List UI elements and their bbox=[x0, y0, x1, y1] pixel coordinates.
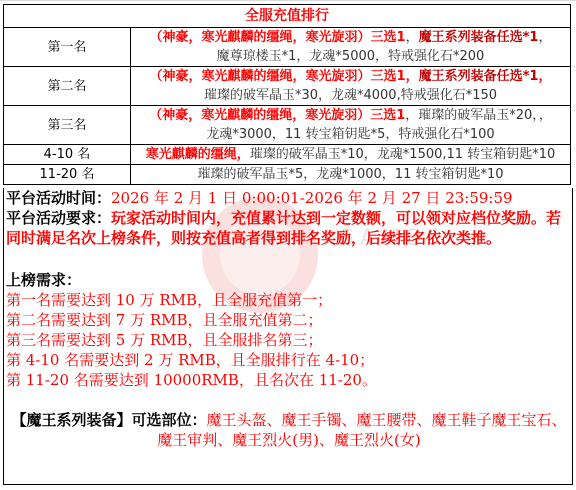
reward-segment: （神豪，寒光麒麟的缰绳，寒光旋羽）三选 bbox=[150, 30, 397, 45]
reward-line-1: （神豪，寒光麒麟的缰绳，寒光旋羽）三选1，魔王系列装备任选*1， bbox=[131, 67, 570, 86]
reward-cell: 寒光麒麟的缰绳，璀璨的破军晶玉*10，龙魂*1500,11 转宝箱钥匙*10 bbox=[131, 145, 571, 165]
reward-segment: 1 bbox=[397, 30, 406, 45]
reward-line-2: 龙魂*3000，11 转宝箱钥匙*5，特戒强化石*100 bbox=[131, 125, 570, 144]
table-title: 全服充值排行 bbox=[4, 5, 571, 28]
equipment-options-line: 【魔王系列装备】可选部位：魔王头盔、魔王手镯、魔王腰带、魔王鞋子魔王宝石、魔王审… bbox=[6, 410, 572, 450]
table-row: 第二名 （神豪，寒光麒麟的缰绳，寒光旋羽）三选1，魔王系列装备任选*1， 璀璨的… bbox=[4, 67, 571, 106]
rank-requirement-item: 第 11-20 名需要达到 10000RMB，且名次在 11-20。 bbox=[6, 370, 572, 390]
activity-info-panel: 平台活动时间：2026 年 2 月 1 日 0:00:01-2026 年 2 月… bbox=[3, 188, 573, 485]
equipment-options-label: 【魔王系列装备】可选部位： bbox=[11, 411, 206, 429]
reward-segment: *1 bbox=[523, 69, 539, 84]
rank-requirement-label: 上榜需求： bbox=[6, 270, 572, 290]
table-row: 4-10 名 寒光麒麟的缰绳，璀璨的破军晶玉*10，龙魂*1500,11 转宝箱… bbox=[4, 145, 571, 165]
reward-line-2: 璀璨的破军晶玉*30，龙魂*4000,特戒强化石*150 bbox=[131, 86, 570, 105]
reward-line-2: 魔尊琼楼玉*1，龙魂*5000，特戒强化石*200 bbox=[131, 47, 570, 66]
rank-requirement-item: 第 4-10 名需要达到 2 万 RMB，且全服排行在 4-10； bbox=[6, 350, 572, 370]
reward-line-1: （神豪，寒光麒麟的缰绳，寒光旋羽）三选1，璀璨的破军晶玉*20，， bbox=[131, 106, 570, 125]
rank-label: 第一名 bbox=[4, 28, 131, 67]
reward-segment: （神豪，寒光麒麟的缰绳，寒光旋羽）三选 bbox=[150, 69, 397, 84]
reward-segment: 魔王系列装备任选 bbox=[419, 69, 523, 84]
activity-time-line: 平台活动时间：2026 年 2 月 1 日 0:00:01-2026 年 2 月… bbox=[6, 188, 572, 208]
reward-segment: 魔王系列装备任选 bbox=[419, 30, 523, 45]
reward-segment: 寒光麒麟的缰绳， bbox=[146, 147, 250, 162]
reward-segment: ， bbox=[538, 30, 551, 45]
reward-segment: ，璀璨的破军晶玉*20，， bbox=[405, 108, 552, 123]
rank-requirement-item: 第三名需要达到 5 万 RMB，且全服排名第三； bbox=[6, 330, 572, 350]
reward-cell: 璀璨的破军晶玉*5，龙魂*1000，11 转宝箱钥匙*10 bbox=[131, 165, 571, 185]
equipment-options-value: 魔王头盔、魔王手镯、魔王腰带、魔王鞋子魔王宝石、魔王审判、魔王烈火(男)、魔王烈… bbox=[157, 411, 566, 449]
activity-time-label: 平台活动时间： bbox=[6, 189, 111, 207]
reward-cell: （神豪，寒光麒麟的缰绳，寒光旋羽）三选1，魔王系列装备任选*1， 璀璨的破军晶玉… bbox=[131, 67, 571, 106]
activity-requirement-line: 平台活动要求：玩家活动时间内，充值累计达到一定数额，可以领对应档位奖励。若同时满… bbox=[6, 208, 572, 248]
reward-segment: 璀璨的破军晶玉*10，龙魂*1500,11 转宝箱钥匙*10 bbox=[250, 147, 555, 162]
activity-time-value: 2026 年 2 月 1 日 0:00:01-2026 年 2 月 27 日 2… bbox=[111, 189, 513, 207]
rank-requirement-item: 第一名需要达到 10 万 RMB，且全服充值第一； bbox=[6, 290, 572, 310]
rank-label: 第二名 bbox=[4, 67, 131, 106]
rank-requirement-item: 第二名需要达到 7 万 RMB，且全服充值第二； bbox=[6, 310, 572, 330]
reward-segment: 1 bbox=[397, 69, 406, 84]
table-row: 11-20 名 璀璨的破军晶玉*5，龙魂*1000，11 转宝箱钥匙*10 bbox=[4, 165, 571, 185]
rank-label: 第三名 bbox=[4, 106, 131, 145]
reward-segment: 璀璨的破军晶玉*5，龙魂*1000，11 转宝箱钥匙*10 bbox=[197, 167, 503, 182]
reward-segment: ， bbox=[406, 30, 419, 45]
reward-cell: （神豪，寒光麒麟的缰绳，寒光旋羽）三选1，魔王系列装备任选*1， 魔尊琼楼玉*1… bbox=[131, 28, 571, 67]
reward-segment: ， bbox=[538, 69, 551, 84]
table-row: 第三名 （神豪，寒光麒麟的缰绳，寒光旋羽）三选1，璀璨的破军晶玉*20，， 龙魂… bbox=[4, 106, 571, 145]
reward-segment: 1 bbox=[396, 108, 405, 123]
reward-cell: （神豪，寒光麒麟的缰绳，寒光旋羽）三选1，璀璨的破军晶玉*20，， 龙魂*300… bbox=[131, 106, 571, 145]
reward-segment: *1 bbox=[523, 30, 539, 45]
reward-segment: （神豪，寒光麒麟的缰绳，寒光旋羽）三选 bbox=[149, 108, 396, 123]
reward-line-1: （神豪，寒光麒麟的缰绳，寒光旋羽）三选1，魔王系列装备任选*1， bbox=[131, 28, 570, 47]
activity-requirement-label: 平台活动要求： bbox=[6, 209, 111, 227]
table-row: 第一名 （神豪，寒光麒麟的缰绳，寒光旋羽）三选1，魔王系列装备任选*1， 魔尊琼… bbox=[4, 28, 571, 67]
reward-segment: ， bbox=[406, 69, 419, 84]
top-divider bbox=[0, 0, 576, 1]
rank-label: 11-20 名 bbox=[4, 165, 131, 185]
rank-label: 4-10 名 bbox=[4, 145, 131, 165]
recharge-ranking-table: 全服充值排行 第一名 （神豪，寒光麒麟的缰绳，寒光旋羽）三选1，魔王系列装备任选… bbox=[3, 4, 571, 185]
